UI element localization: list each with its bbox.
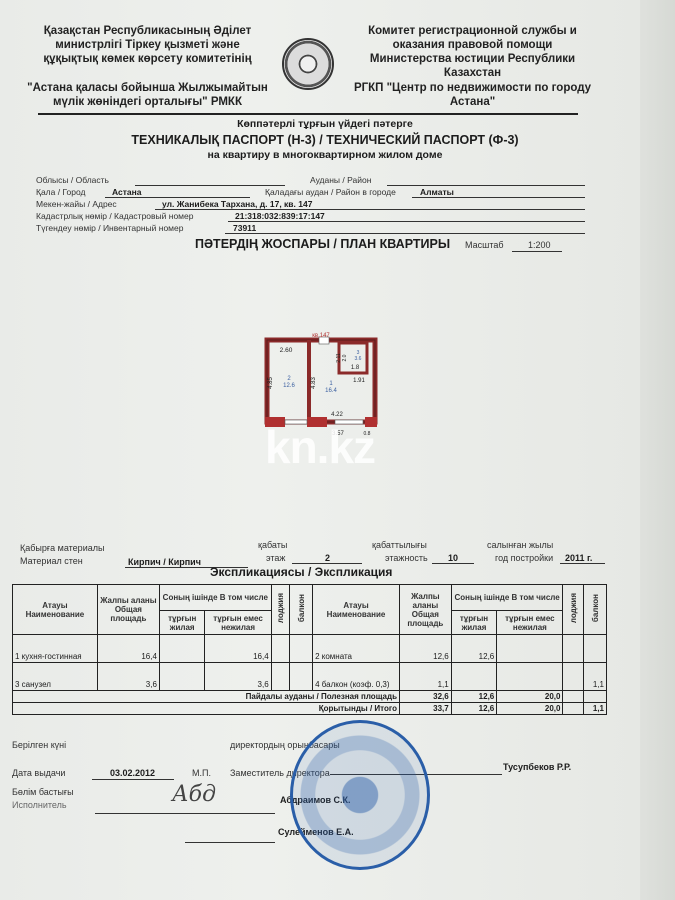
issued-date: 03.02.2012 xyxy=(110,768,155,778)
col-nonliving: тұрғын емес нежилая xyxy=(205,611,271,635)
issued-label-kz: Берілген күні xyxy=(12,740,66,750)
scale-field xyxy=(512,251,562,252)
city-label: Қала / Город xyxy=(36,187,85,197)
col-name: Атауы Наименование xyxy=(313,585,400,635)
rayon-field xyxy=(387,185,585,186)
issued-label-ru: Дата выдачи xyxy=(12,768,65,778)
header-line: Министерства юстиции Республики xyxy=(345,52,600,66)
cell-name: 3 санузел xyxy=(13,663,98,691)
city-field xyxy=(105,197,250,198)
useful-area-row: Пайдалы ауданы / Полезная площадь 32,6 1… xyxy=(13,691,607,703)
col-name: Атауы Наименование xyxy=(13,585,98,635)
title-main: ТЕХНИКАЛЫҚ ПАСПОРТ (Н-3) / ТЕХНИЧЕСКИЙ П… xyxy=(90,133,560,147)
scale-label: Масштаб xyxy=(465,240,504,250)
floors-label-ru: этажность xyxy=(385,553,428,563)
header-line: министрлігі Тіркеу қызметі және xyxy=(20,38,275,52)
floor-label-kz: қабаты xyxy=(258,540,287,550)
apartment-number: кв.147 xyxy=(312,333,330,339)
year-field xyxy=(560,563,605,564)
title-kz: Көппәтерлі тұрғын үйдегі пәтерге xyxy=(100,118,550,130)
floor-field xyxy=(292,563,362,564)
cell-living xyxy=(159,663,205,691)
deputy-name: Тусупбеков Р.Р. xyxy=(503,762,571,772)
inventory-value: 73911 xyxy=(233,223,256,233)
svg-text:4.85: 4.85 xyxy=(268,377,274,389)
city-district-field xyxy=(412,197,585,198)
header-line: Казахстан xyxy=(345,66,600,80)
cell-balcony xyxy=(290,635,313,663)
inventory-label: Түгендеу нөмір / Инвентарный номер xyxy=(36,223,183,233)
wall-label-ru: Материал стен xyxy=(20,556,83,566)
address-value: ул. Жанибека Тархана, д. 17, кв. 147 xyxy=(162,199,312,209)
cell-loggia xyxy=(563,635,584,663)
floor-value: 2 xyxy=(325,553,330,563)
col-loggia: лоджия xyxy=(569,593,578,623)
cell-nonliving xyxy=(497,635,563,663)
head-sign-line xyxy=(95,813,275,814)
address-label: Мекен-жайы / Адрес xyxy=(36,199,117,209)
col-balcony: балкон xyxy=(591,594,600,622)
city-district-label: Қаладағы аудан / Район в городе xyxy=(265,187,396,197)
cell-living: 12,6 xyxy=(451,635,497,663)
header-divider xyxy=(38,113,578,115)
header-line: Комитет регистрационной службы и xyxy=(345,24,600,38)
header-line: құқықтық көмек көрсету комитетінің xyxy=(20,52,275,66)
exec-sign-line xyxy=(185,842,275,843)
total-balcony: 1,1 xyxy=(584,703,607,715)
useful-nonliving: 20,0 xyxy=(497,691,563,703)
cell-balcony: 1,1 xyxy=(584,663,607,691)
header-line: РГКП "Центр по недвижимости по городу xyxy=(345,81,600,95)
table-row: 3 санузел 3,6 3,6 4 балкон (коэф. 0,3) 1… xyxy=(13,663,607,691)
cell-loggia xyxy=(271,663,290,691)
address-field xyxy=(155,209,585,210)
cell-name: 2 комната xyxy=(313,635,400,663)
mp-label: М.П. xyxy=(192,768,211,778)
plan-title: ПӘТЕРДІҢ ЖОСПАРЫ / ПЛАН КВАРТИРЫ xyxy=(195,237,450,251)
total-row: Қорытынды / Итого 33,7 12,6 20,0 1,1 xyxy=(13,703,607,715)
cell-nonliving: 16,4 xyxy=(205,635,271,663)
scale-value: 1:200 xyxy=(528,240,551,250)
signature: Абд xyxy=(172,782,216,807)
cell-total: 3,6 xyxy=(97,663,159,691)
total-total: 33,7 xyxy=(399,703,451,715)
cell-nonliving: 3,6 xyxy=(205,663,271,691)
header-right-org: Комитет регистрационной службы и оказани… xyxy=(345,24,600,80)
useful-loggia xyxy=(563,691,584,703)
total-living: 12,6 xyxy=(451,703,497,715)
explication-title: Экспликациясы / Экспликация xyxy=(210,565,392,579)
cell-name: 1 кухня-гостинная xyxy=(13,635,98,663)
svg-text:2: 2 xyxy=(287,376,291,382)
svg-text:2.60: 2.60 xyxy=(280,347,293,354)
title-ru: на квартиру в многоквартирном жилом доме xyxy=(100,149,550,161)
city-district-value: Алматы xyxy=(420,187,454,197)
col-loggia: лоджия xyxy=(276,593,285,623)
col-living: тұрғын жилая xyxy=(159,611,205,635)
header-line: мүлік жөніндегі орталығы" РМКК xyxy=(20,95,275,109)
header-line: оказания правовой помощи xyxy=(345,38,600,52)
floors-value: 10 xyxy=(448,553,458,563)
cadastral-label: Кадастрлық нөмір / Кадастровый номер xyxy=(36,211,193,221)
watermark: kn.kz xyxy=(265,420,375,474)
col-living: тұрғын жилая xyxy=(451,611,497,635)
cell-loggia xyxy=(563,663,584,691)
col-nonliving: тұрғын емес нежилая xyxy=(497,611,563,635)
svg-text:4.22: 4.22 xyxy=(331,412,343,418)
col-balcony: балкон xyxy=(297,594,306,622)
floor-label-ru: этаж xyxy=(266,553,285,563)
svg-text:1: 1 xyxy=(329,381,333,387)
floors-field xyxy=(432,563,474,564)
total-loggia xyxy=(563,703,584,715)
header-line: "Астана қаласы бойынша Жылжымайтын xyxy=(20,81,275,95)
wall-label-kz: Қабырға материалы xyxy=(20,543,104,553)
cell-living xyxy=(451,663,497,691)
room-area: 3.6 xyxy=(355,356,362,362)
col-incl: Соның ішінде В том числе xyxy=(159,585,271,611)
total-label: Қорытынды / Итого xyxy=(13,703,400,715)
useful-label: Пайдалы ауданы / Полезная площадь xyxy=(13,691,400,703)
head-label-ru: Исполнитель xyxy=(12,800,67,810)
official-stamp xyxy=(290,720,430,870)
page-edge xyxy=(640,0,675,900)
city-value: Астана xyxy=(112,187,142,197)
cadastral-field xyxy=(228,221,585,222)
useful-total: 32,6 xyxy=(399,691,451,703)
header-left-center: "Астана қаласы бойынша Жылжымайтын мүлік… xyxy=(20,81,275,109)
cell-total: 1,1 xyxy=(399,663,451,691)
useful-living: 12,6 xyxy=(451,691,497,703)
head-label-kz: Бөлім бастығы xyxy=(12,787,74,797)
wall-value: Кирпич / Кирпич xyxy=(128,557,201,567)
cell-balcony xyxy=(584,635,607,663)
inventory-field xyxy=(225,233,585,234)
header-line: Қазақстан Республикасының Әділет xyxy=(20,24,275,38)
svg-text:1.91: 1.91 xyxy=(353,378,365,384)
year-label-kz: салынған жылы xyxy=(487,540,553,550)
col-total: Жалпы аланы Общая площадь xyxy=(97,585,159,635)
cell-nonliving xyxy=(497,663,563,691)
header-right-center: РГКП "Центр по недвижимости по городу Ас… xyxy=(345,81,600,109)
cell-total: 12,6 xyxy=(399,635,451,663)
cadastral-value: 21:318:032:839:17:147 xyxy=(235,211,325,221)
rayon-label: Ауданы / Район xyxy=(310,175,371,185)
cell-total: 16,4 xyxy=(97,635,159,663)
col-incl: Соның ішінде В том числе xyxy=(451,585,563,611)
room-area: 12.6 xyxy=(283,383,295,389)
cell-living xyxy=(159,635,205,663)
svg-text:1.8: 1.8 xyxy=(351,365,360,371)
header-left-org: Қазақстан Республикасының Әділет министр… xyxy=(20,24,275,66)
svg-text:4.83: 4.83 xyxy=(311,377,317,389)
table-row: 1 кухня-гостинная 16,4 16,4 2 комната 12… xyxy=(13,635,607,663)
oblast-field xyxy=(135,185,285,186)
year-label-ru: год постройки xyxy=(495,553,553,563)
useful-balcony xyxy=(584,691,607,703)
kazakhstan-emblem-icon xyxy=(282,38,334,90)
cell-name: 4 балкон (коэф. 0,3) xyxy=(313,663,400,691)
issued-date-field xyxy=(92,779,174,780)
floors-label-kz: қабаттылығы xyxy=(372,540,427,550)
svg-text:2.0: 2.0 xyxy=(342,354,348,361)
explication-table: Атауы Наименование Жалпы аланы Общая пло… xyxy=(12,584,607,715)
oblast-label: Облысы / Область xyxy=(36,175,109,185)
total-nonliving: 20,0 xyxy=(497,703,563,715)
cell-loggia xyxy=(271,635,290,663)
cell-balcony xyxy=(290,663,313,691)
col-total: Жалпы аланы Общая площадь xyxy=(399,585,451,635)
room-area: 16.4 xyxy=(325,388,337,394)
year-value: 2011 г. xyxy=(565,553,592,563)
header-line: Астана" xyxy=(345,95,600,109)
